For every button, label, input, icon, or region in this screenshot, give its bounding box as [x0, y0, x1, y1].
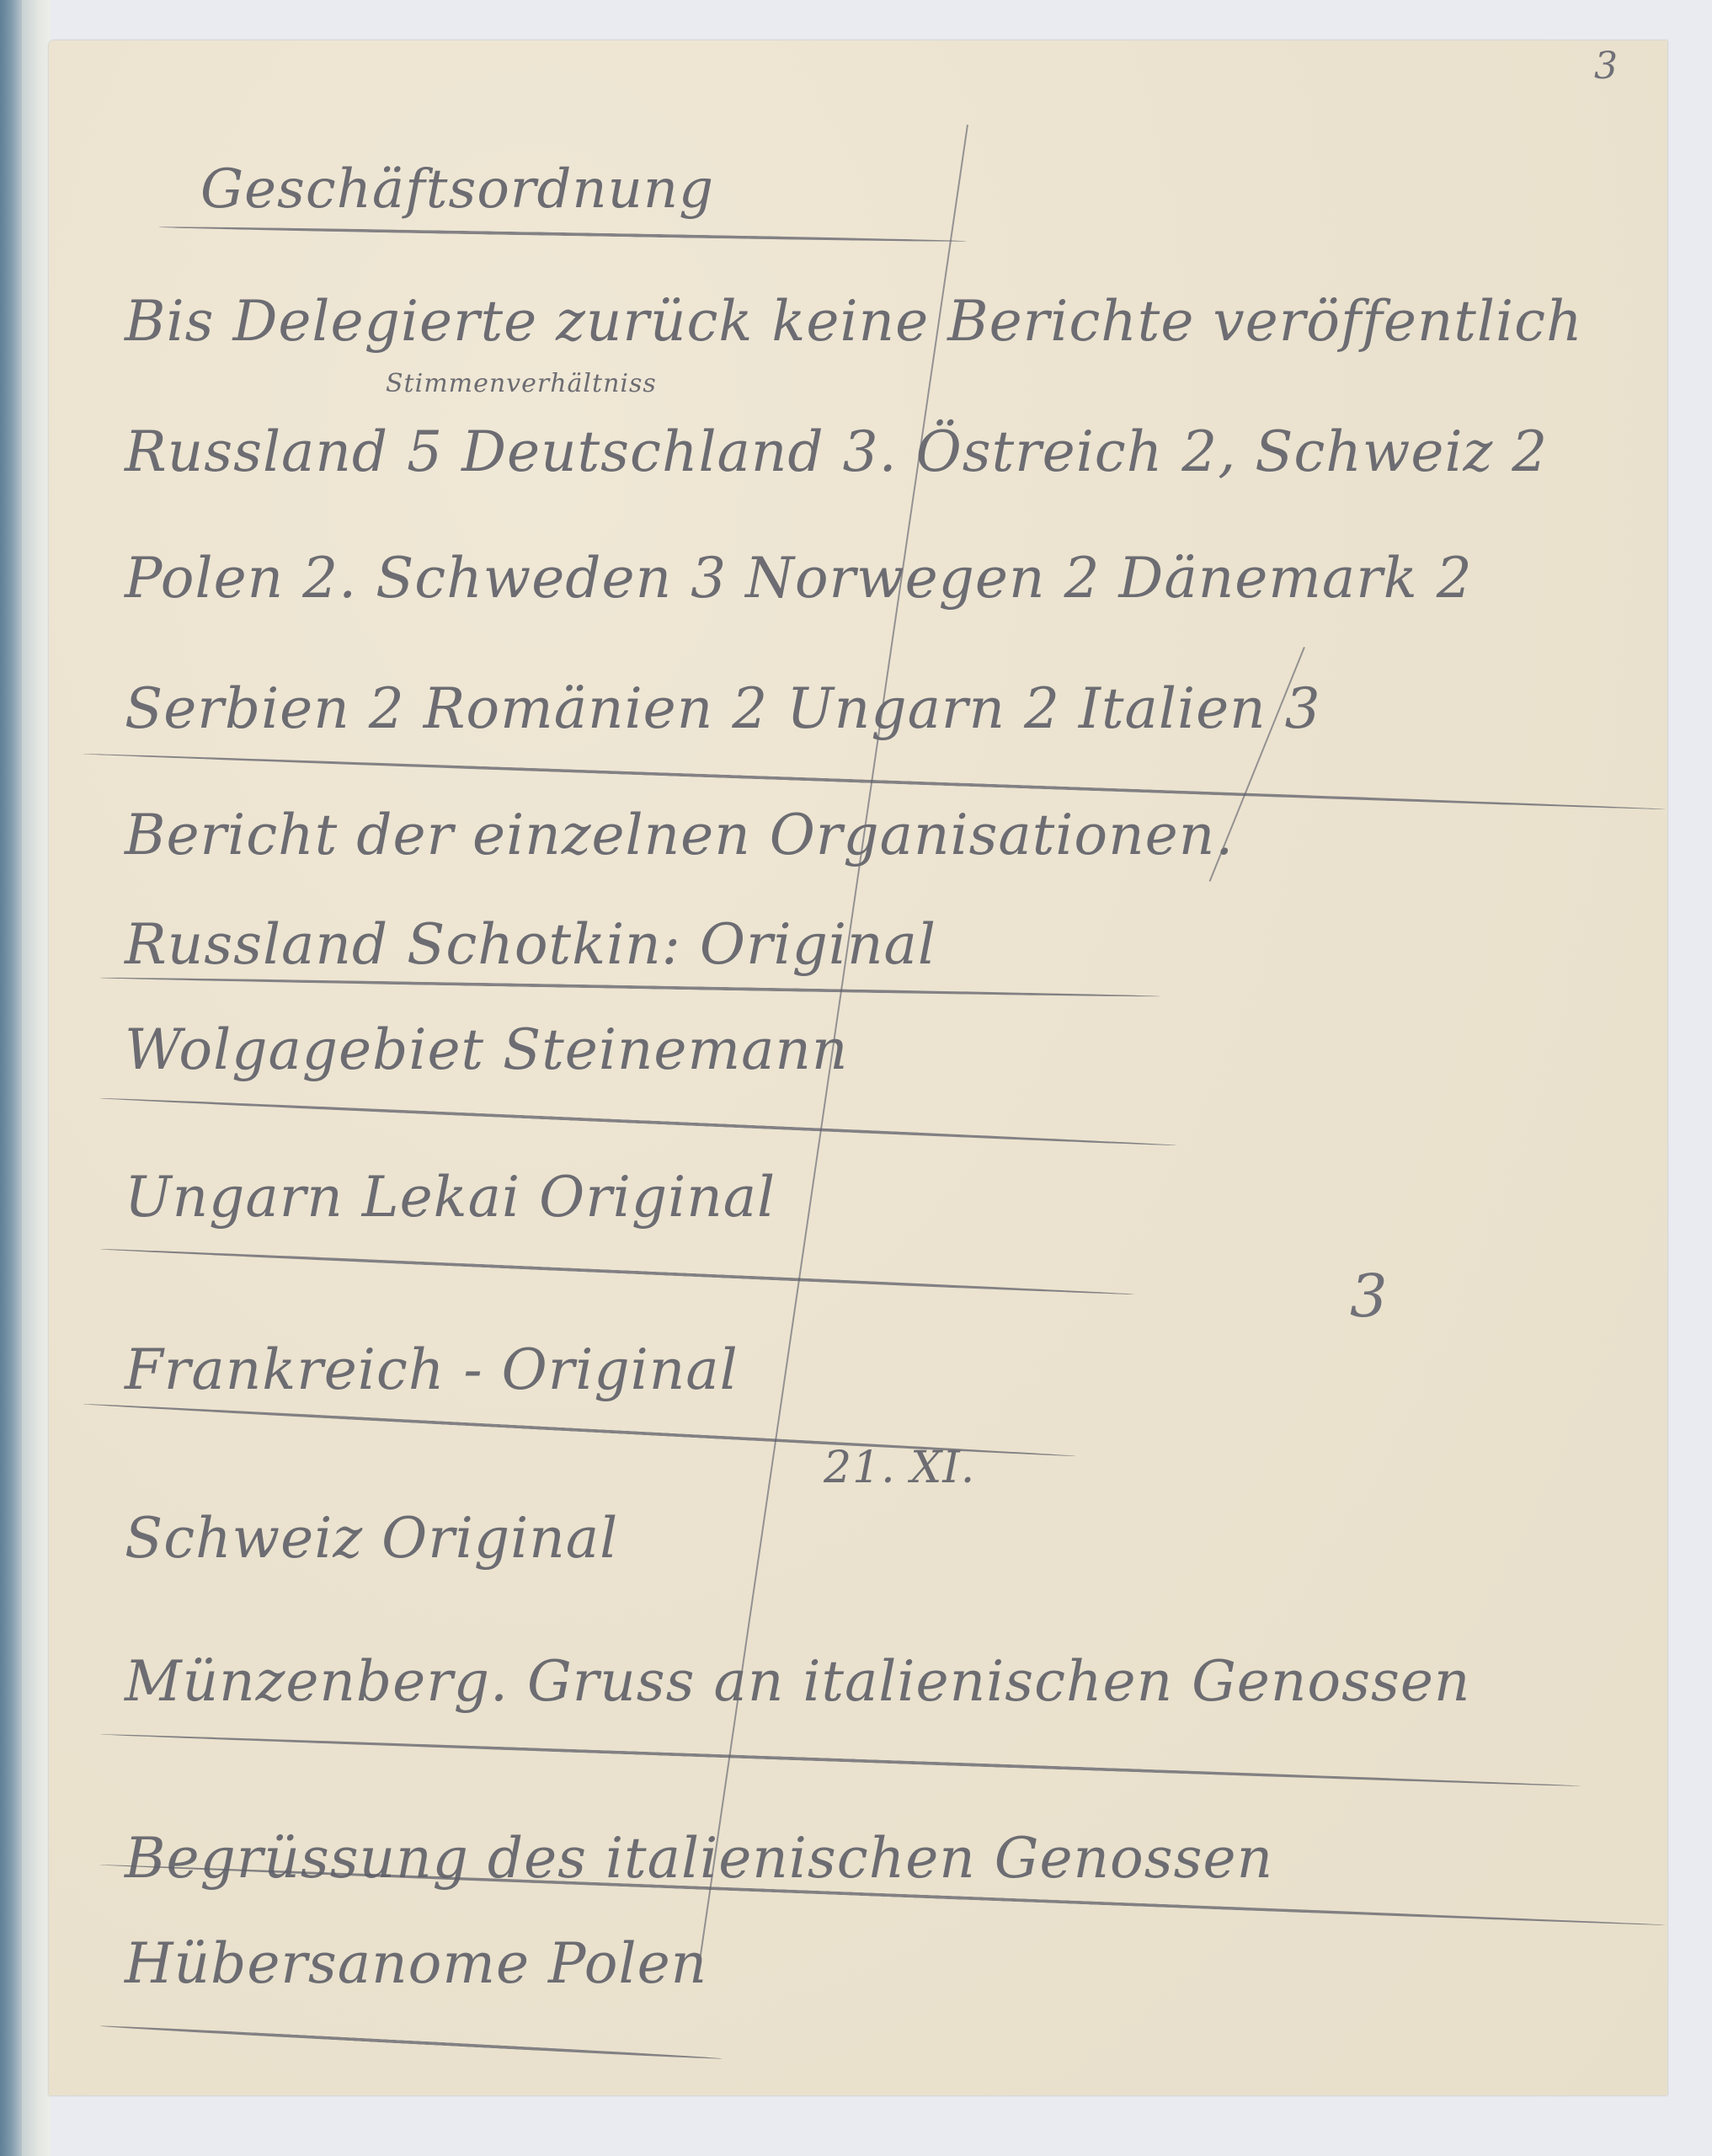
page-number: 3: [1594, 45, 1619, 88]
divider-8: [99, 2025, 722, 2061]
line-reports-heading: Bericht der einzelnen Organisationen.: [125, 803, 1234, 867]
binding-tissue: [22, 0, 51, 2156]
line-muenzenberg: Münzenberg. Gruss an italienischen Genos…: [125, 1649, 1470, 1714]
line-ungarn: Ungarn Lekai Original: [125, 1165, 776, 1230]
interlinear-note: Stimmenverhältniss: [386, 369, 657, 398]
divider-4: [99, 1247, 1134, 1296]
binding-strip: [0, 0, 22, 2156]
page-title: Geschäftsordnung: [200, 158, 714, 221]
line-delegates: Bis Delegierte zurück keine Berichte ver…: [125, 289, 1583, 354]
document-page: 3 Geschäftsordnung Bis Delegierte zurück…: [49, 40, 1667, 2095]
line-wolgagebiet: Wolgagebiet Steinemann: [125, 1017, 848, 1082]
divider-6: [99, 1732, 1581, 1787]
margin-number: 3: [1350, 1262, 1389, 1331]
line-russland: Russland Schotkin: Original: [125, 912, 936, 977]
line-frankreich: Frankreich - Original: [125, 1337, 739, 1402]
divider-3: [100, 1097, 1177, 1147]
line-polen: Hübersanome Polen: [125, 1931, 707, 1996]
title-underline: [158, 226, 967, 243]
line-votes-1: Russland 5 Deutschland 3. Östreich 2, Sc…: [125, 419, 1548, 484]
line-votes-3: Serbien 2 Romänien 2 Ungarn 2 Italien 3: [125, 676, 1321, 741]
line-votes-2: Polen 2. Schweden 3 Norwegen 2 Dänemark …: [125, 546, 1473, 611]
divider-2: [99, 976, 1160, 998]
line-begruessung: Begrüssung des italienischen Genossen: [125, 1826, 1273, 1891]
line-schweiz: Schweiz Original: [125, 1506, 618, 1571]
date-note: 21. XI.: [824, 1443, 975, 1493]
